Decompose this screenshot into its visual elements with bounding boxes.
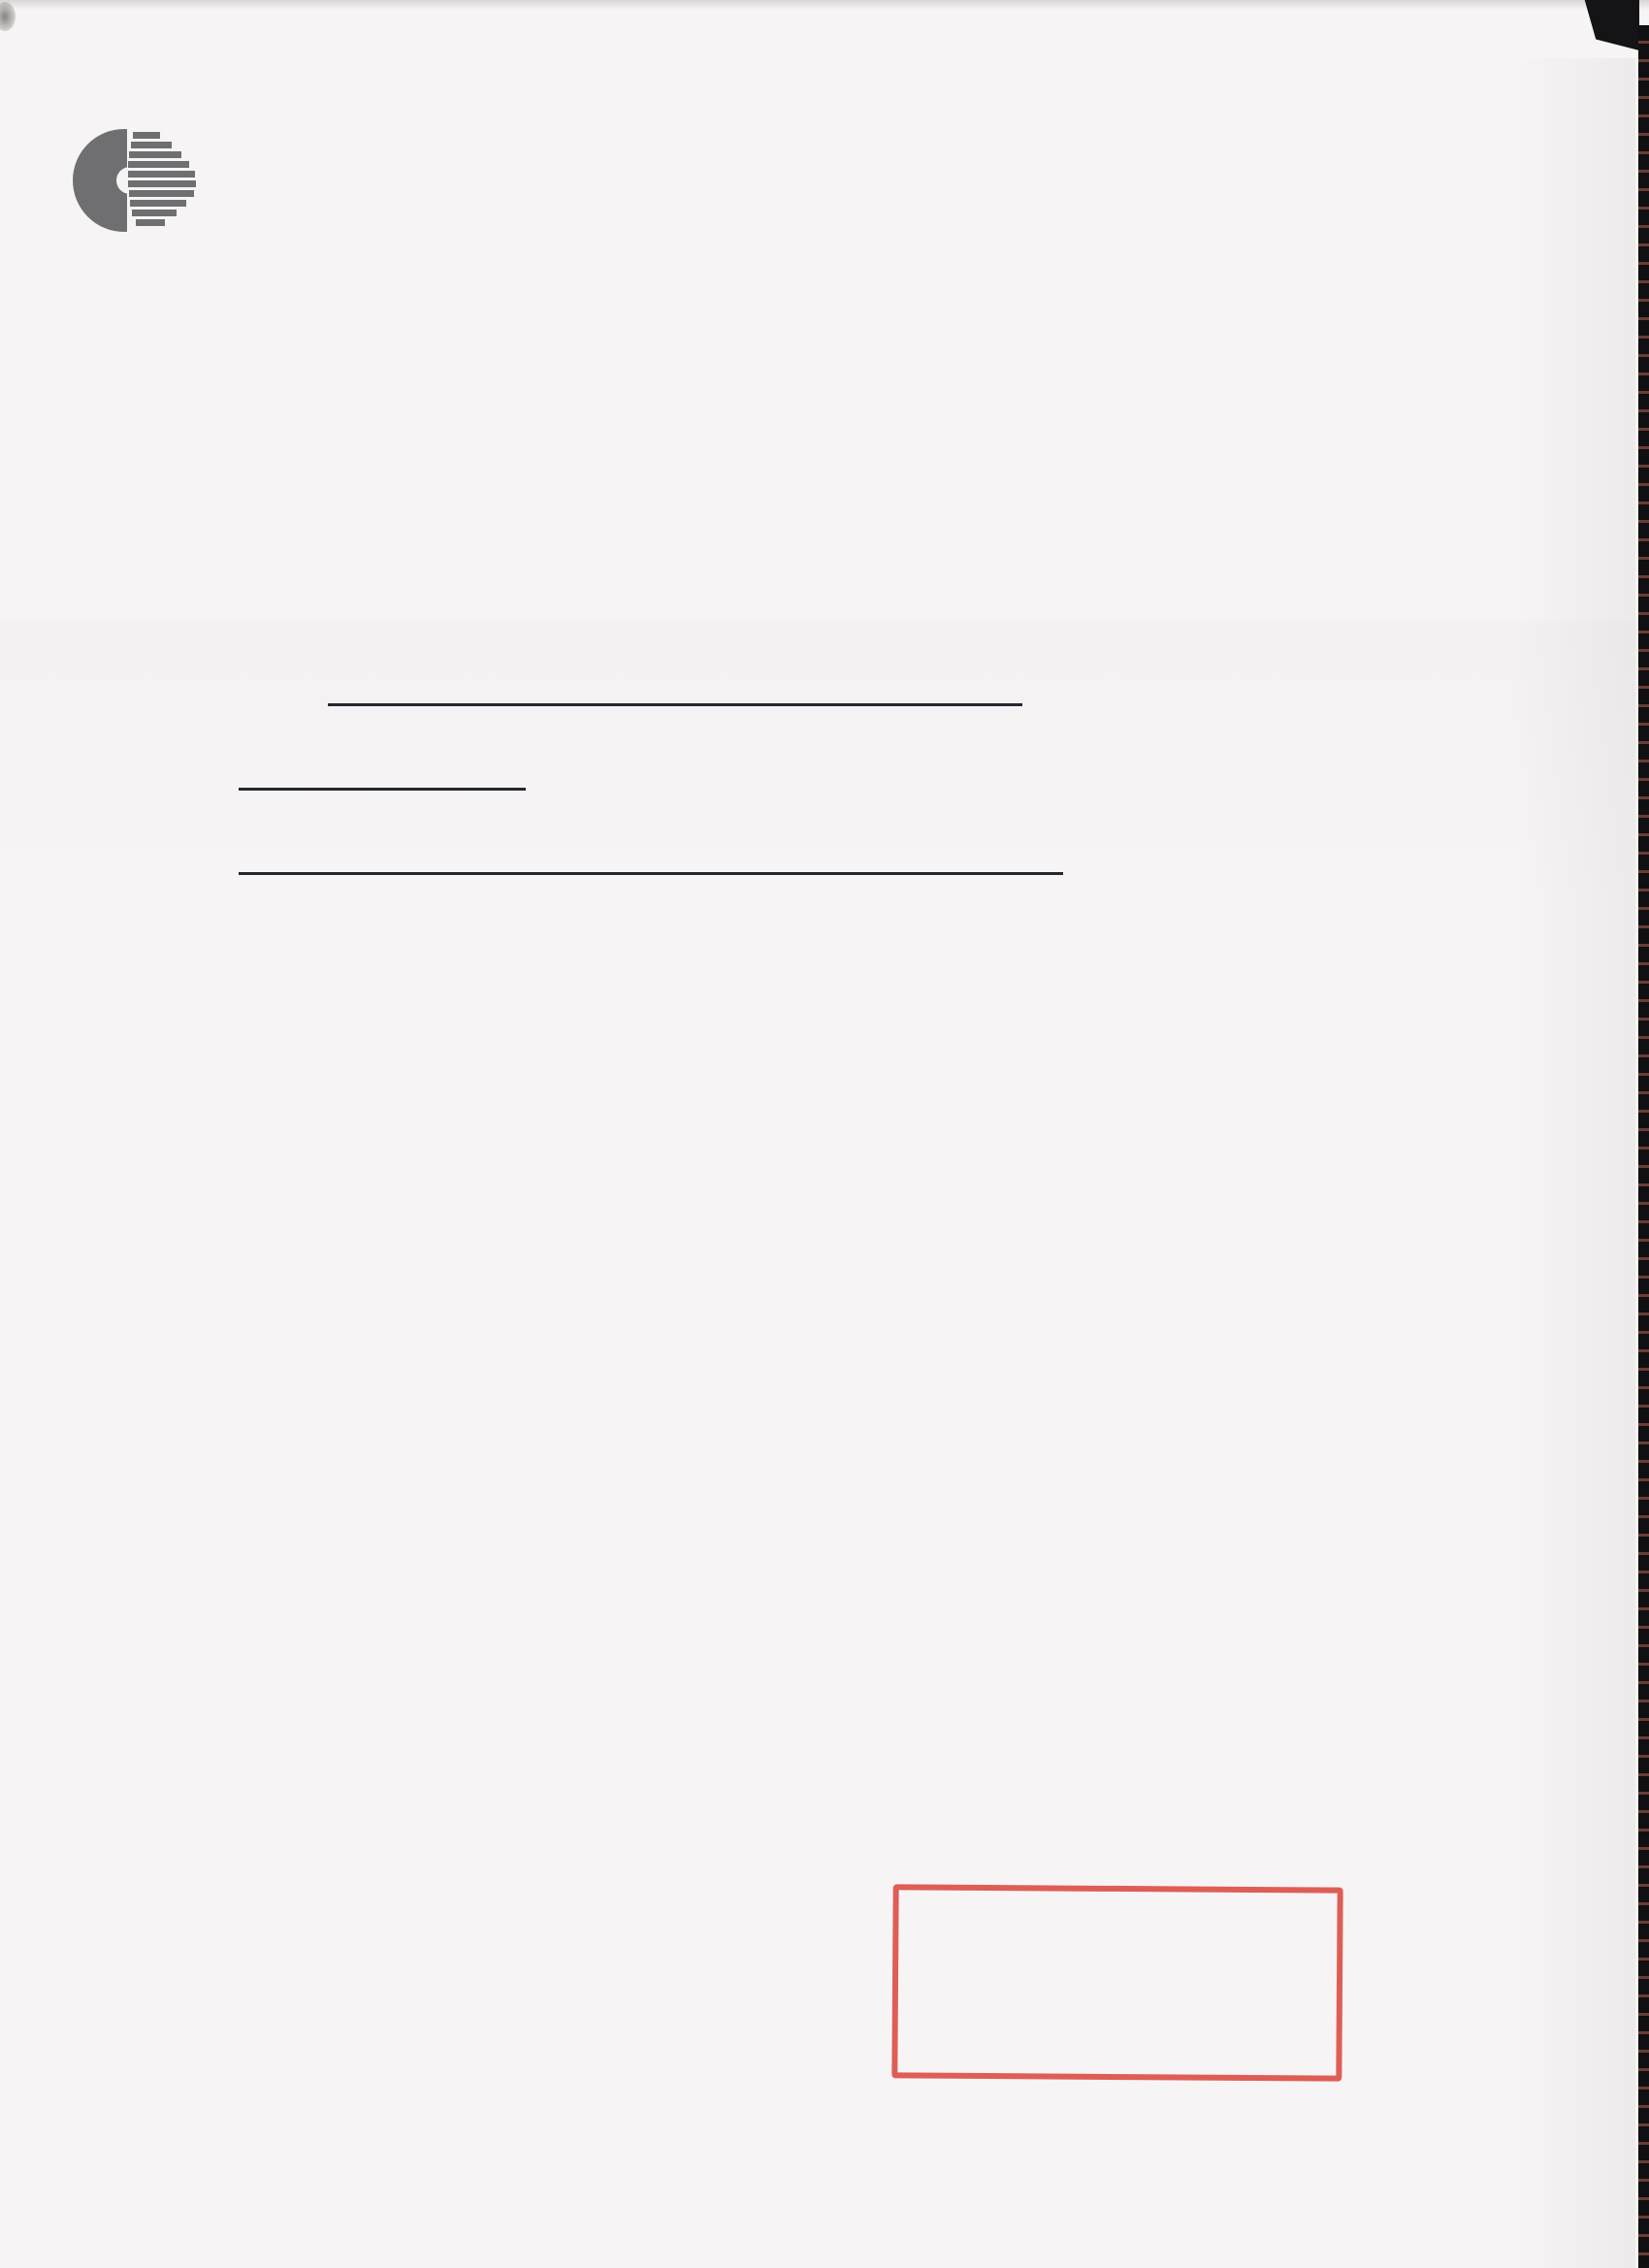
start-minute-blank — [479, 755, 526, 791]
scanned-notice-page — [0, 0, 1649, 2268]
start-month-blank — [326, 755, 372, 791]
seal-code — [898, 2029, 1337, 2032]
company-seal — [891, 1884, 1342, 2081]
scan-edge-strip — [1638, 25, 1649, 2268]
start-hour-blank — [429, 755, 479, 791]
end-year-blank — [239, 839, 331, 875]
para2-line — [239, 750, 526, 793]
start-year-blank — [239, 755, 326, 791]
end-minute-blank — [486, 839, 534, 875]
paper-top-shade — [0, 0, 1649, 10]
para1-line — [328, 665, 1022, 708]
para1-blank — [328, 670, 1022, 706]
paper-right-shade — [1513, 58, 1635, 2268]
end-hour-blank — [436, 839, 486, 875]
seal-purpose-line — [898, 1965, 1337, 1968]
seal-company-line — [899, 1897, 1338, 1900]
start-day-blank — [372, 755, 429, 791]
qr-code — [1399, 147, 1525, 274]
chinagas-logo-icon — [68, 124, 196, 243]
para3-line — [239, 834, 1063, 877]
end-month-blank — [331, 839, 379, 875]
end-day-blank — [379, 839, 436, 875]
area-blank — [534, 839, 1063, 875]
